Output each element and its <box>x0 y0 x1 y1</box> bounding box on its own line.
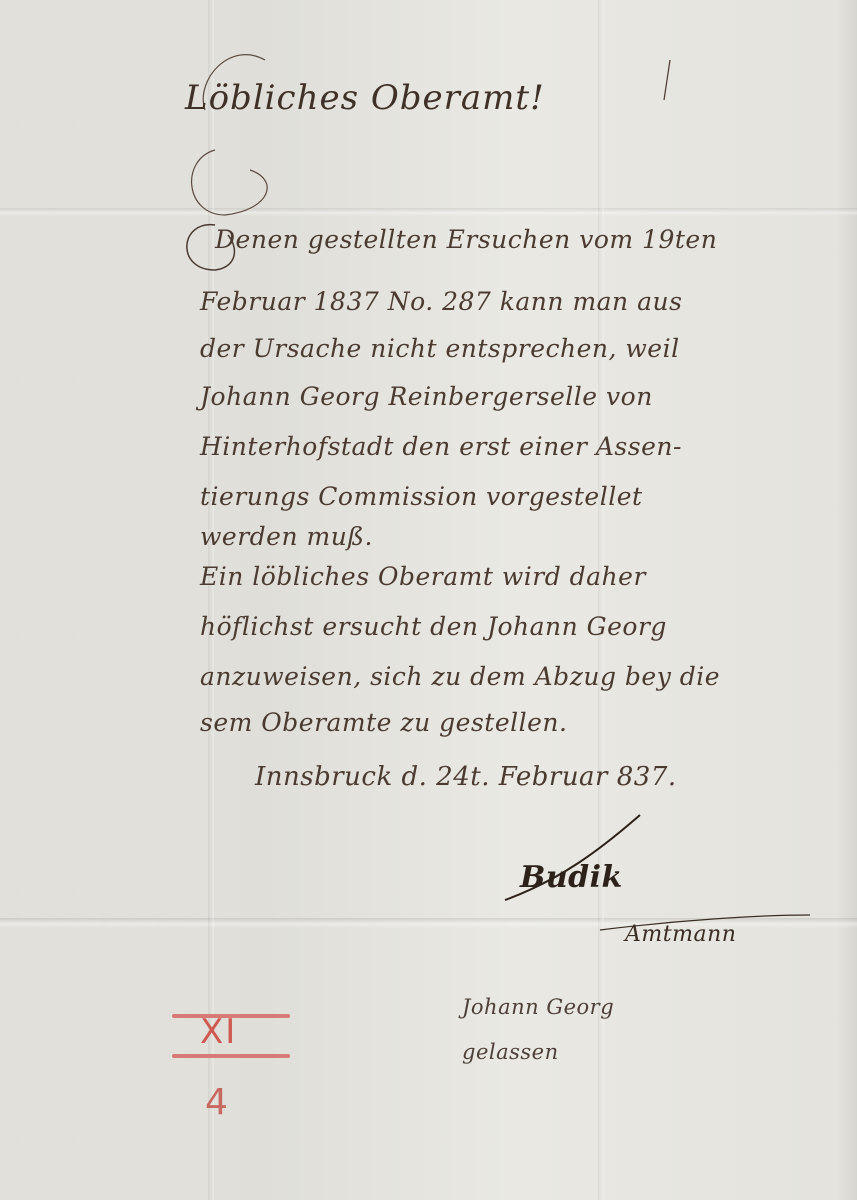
fold-line-horizontal-top <box>0 208 857 216</box>
paper-edge-shading <box>837 0 857 1200</box>
fold-line-vertical-right <box>598 0 604 1200</box>
red-underline-bottom <box>172 1054 290 1058</box>
letter-body-line: Denen gestellten Ersuchen vom 19ten <box>215 225 717 254</box>
letter-body-line: werden muß. <box>200 522 373 551</box>
signature: Budik <box>520 860 623 895</box>
red-roman-numeral: XI <box>200 1012 237 1052</box>
margin-note-line: Johann Georg <box>462 995 614 1019</box>
letter-body-line: Ein löbliches Oberamt wird daher <box>200 562 646 591</box>
letter-salutation: Löbliches Oberamt! <box>185 78 545 118</box>
letter-body-line: Johann Georg Reinbergerselle von <box>200 382 653 411</box>
signature-title: Amtmann <box>625 922 736 947</box>
letter-body-line: höflichst ersucht den Johann Georg <box>200 612 667 641</box>
letter-body-line: tierungs Commission vorgestellet <box>200 482 643 511</box>
letter-page: Löbliches Oberamt! Denen gestellten Ersu… <box>0 0 857 1200</box>
place-and-date: Innsbruck d. 24t. Februar 837. <box>255 762 677 792</box>
letter-body-line: der Ursache nicht entsprechen, weil <box>200 334 680 363</box>
red-archive-mark: XI <box>172 1008 292 1066</box>
margin-note-line: gelassen <box>462 1040 559 1064</box>
letter-body-line: Hinterhofstadt den erst einer Assen- <box>200 432 682 461</box>
letter-body-line: anzuweisen, sich zu dem Abzug bey die <box>200 662 720 691</box>
red-folio-number: 4 <box>205 1082 228 1123</box>
letter-body-line: sem Oberamte zu gestellen. <box>200 708 567 737</box>
letter-body-line: Februar 1837 No. 287 kann man aus <box>200 287 682 316</box>
